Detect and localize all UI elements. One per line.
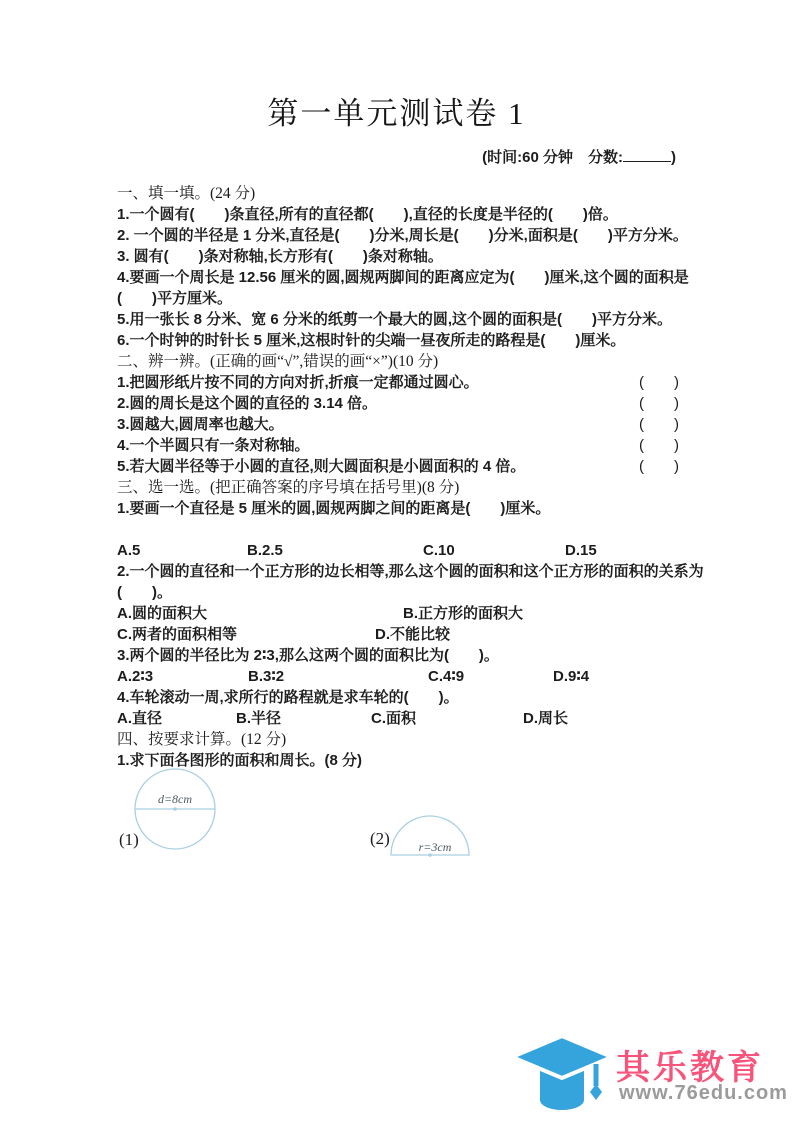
s3-q4-option-b: B.半径 [236, 708, 371, 729]
meta-prefix: (时间:60 分钟 分数: [482, 149, 623, 166]
s3-q4-options: A.直径 B.半径 C.面积 D.周长 [117, 708, 679, 729]
s3-q1-option-a: A.5 [117, 540, 247, 561]
s3-q2-option-c: C.两者的面积相等 [117, 624, 375, 645]
s2-item-5: 5.若大圆半径等于小圆的直径,则大圆面积是小圆面积的 4 倍。 ( ) [117, 456, 679, 477]
s2-item-2: 2.圆的周长是这个圆的直径的 3.14 倍。 ( ) [117, 393, 679, 414]
s2-item-2-text: 2.圆的周长是这个圆的直径的 3.14 倍。 [117, 393, 377, 414]
time-score-line: (时间:60 分钟 分数:) [482, 146, 676, 167]
s3-question-4: 4.车轮滚动一周,求所行的路程就是求车轮的( )。 [117, 687, 679, 708]
s3-q4-option-d: D.周长 [523, 708, 568, 729]
s3-q2-options-row1: A.圆的面积大 B.正方形的面积大 [117, 603, 679, 624]
s1-question-3: 3. 圆有( )条对称轴,长方形有( )条对称轴。 [117, 246, 679, 267]
s2-item-5-text: 5.若大圆半径等于小圆的直径,则大圆面积是小圆面积的 4 倍。 [117, 456, 525, 477]
score-blank[interactable] [623, 148, 671, 162]
s3-q4-option-c: C.面积 [371, 708, 523, 729]
radius-label: r=3cm [419, 840, 452, 854]
s2-item-3-text: 3.圆越大,圆周率也越大。 [117, 414, 284, 435]
center-dot [173, 807, 177, 811]
s3-q1-options: A.5 B.2.5 C.10 D.15 [117, 540, 679, 561]
s1-question-5: 5.用一张长 8 分米、宽 6 分米的纸剪一个最大的圆,这个圆的面积是( )平方… [117, 309, 679, 330]
s1-question-4-line1: 4.要画一个周长是 12.56 厘米的圆,圆规两脚间的距离应定为( )厘米,这个… [117, 267, 679, 288]
s2-item-4-answer-paren[interactable]: ( ) [639, 435, 679, 456]
page-title: 第一单元测试卷 1 [0, 88, 793, 133]
s3-q1-option-d: D.15 [565, 540, 597, 561]
section2-heading: 二、辨一辨。(正确的画“√”,错误的画“×”)(10 分) [117, 351, 679, 372]
figure-semicircle-r3cm: r=3cm [388, 811, 472, 865]
section1-heading: 一、填一填。(24 分) [117, 183, 679, 204]
s2-item-5-answer-paren[interactable]: ( ) [639, 456, 679, 477]
s2-item-3: 3.圆越大,圆周率也越大。 ( ) [117, 414, 679, 435]
meta-suffix: ) [671, 149, 676, 166]
section4-heading: 四、按要求计算。(12 分) [117, 729, 679, 750]
s2-item-3-answer-paren[interactable]: ( ) [639, 414, 679, 435]
s3-q2-options-row2: C.两者的面积相等 D.不能比较 [117, 624, 679, 645]
spacer [117, 519, 679, 540]
diameter-label: d=8cm [158, 792, 192, 806]
s1-question-6: 6.一个时钟的时针长 5 厘米,这根时针的尖端一昼夜所走的路程是( )厘米。 [117, 330, 679, 351]
s3-q2-option-b: B.正方形的面积大 [403, 603, 523, 624]
test-body: 一、填一填。(24 分) 1.一个圆有( )条直径,所有的直径都( ),直径的长… [117, 183, 679, 771]
s1-question-2: 2. 一个圆的半径是 1 分米,直径是( )分米,周长是( )分米,面积是( )… [117, 225, 679, 246]
s3-q4-option-a: A.直径 [117, 708, 236, 729]
graduation-cap-icon [510, 1034, 614, 1118]
section3-heading: 三、选一选。(把正确答案的序号填在括号里)(8 分) [117, 477, 679, 498]
s3-q3-option-a: A.2∶3 [117, 666, 248, 687]
s2-item-1-answer-paren[interactable]: ( ) [639, 372, 679, 393]
s1-question-1: 1.一个圆有( )条直径,所有的直径都( ),直径的长度是半径的( )倍。 [117, 204, 679, 225]
s1-question-4-line2: ( )平方厘米。 [117, 288, 679, 309]
s3-question-3: 3.两个圆的半径比为 2∶3,那么这两个圆的面积比为( )。 [117, 645, 679, 666]
s3-q2-option-a: A.圆的面积大 [117, 603, 403, 624]
footer-logo: 其乐教育 www.76edu.com [508, 1030, 793, 1118]
s3-q3-option-b: B.3∶2 [248, 666, 428, 687]
s3-q1-option-c: C.10 [423, 540, 565, 561]
figure-circle-d8cm: d=8cm [132, 766, 218, 858]
figure1-number: (1) [119, 829, 139, 850]
s2-item-1-text: 1.把圆形纸片按不同的方向对折,折痕一定都通过圆心。 [117, 372, 479, 393]
figure2-number: (2) [370, 828, 390, 849]
s3-question-1: 1.要画一个直径是 5 厘米的圆,圆规两脚之间的距离是( )厘米。 [117, 498, 679, 519]
circle-diagram: d=8cm [132, 766, 218, 852]
s3-q1-option-b: B.2.5 [247, 540, 423, 561]
s2-item-1: 1.把圆形纸片按不同的方向对折,折痕一定都通过圆心。 ( ) [117, 372, 679, 393]
s2-item-4: 4.一个半圆只有一条对称轴。 ( ) [117, 435, 679, 456]
s3-q3-option-c: C.4∶9 [428, 666, 553, 687]
s3-question-2-line1: 2.一个圆的直径和一个正方形的边长相等,那么这个圆的面积和这个正方形的面积的关系… [117, 561, 679, 582]
s3-q3-options: A.2∶3 B.3∶2 C.4∶9 D.9∶4 [117, 666, 679, 687]
s3-q2-option-d: D.不能比较 [375, 624, 450, 645]
s3-question-2-line2: ( )。 [117, 582, 679, 603]
s3-q3-option-d: D.9∶4 [553, 666, 589, 687]
semicircle-diagram: r=3cm [388, 811, 472, 859]
brand-url[interactable]: www.76edu.com [619, 1082, 788, 1105]
s2-item-4-text: 4.一个半圆只有一条对称轴。 [117, 435, 310, 456]
s2-item-2-answer-paren[interactable]: ( ) [639, 393, 679, 414]
